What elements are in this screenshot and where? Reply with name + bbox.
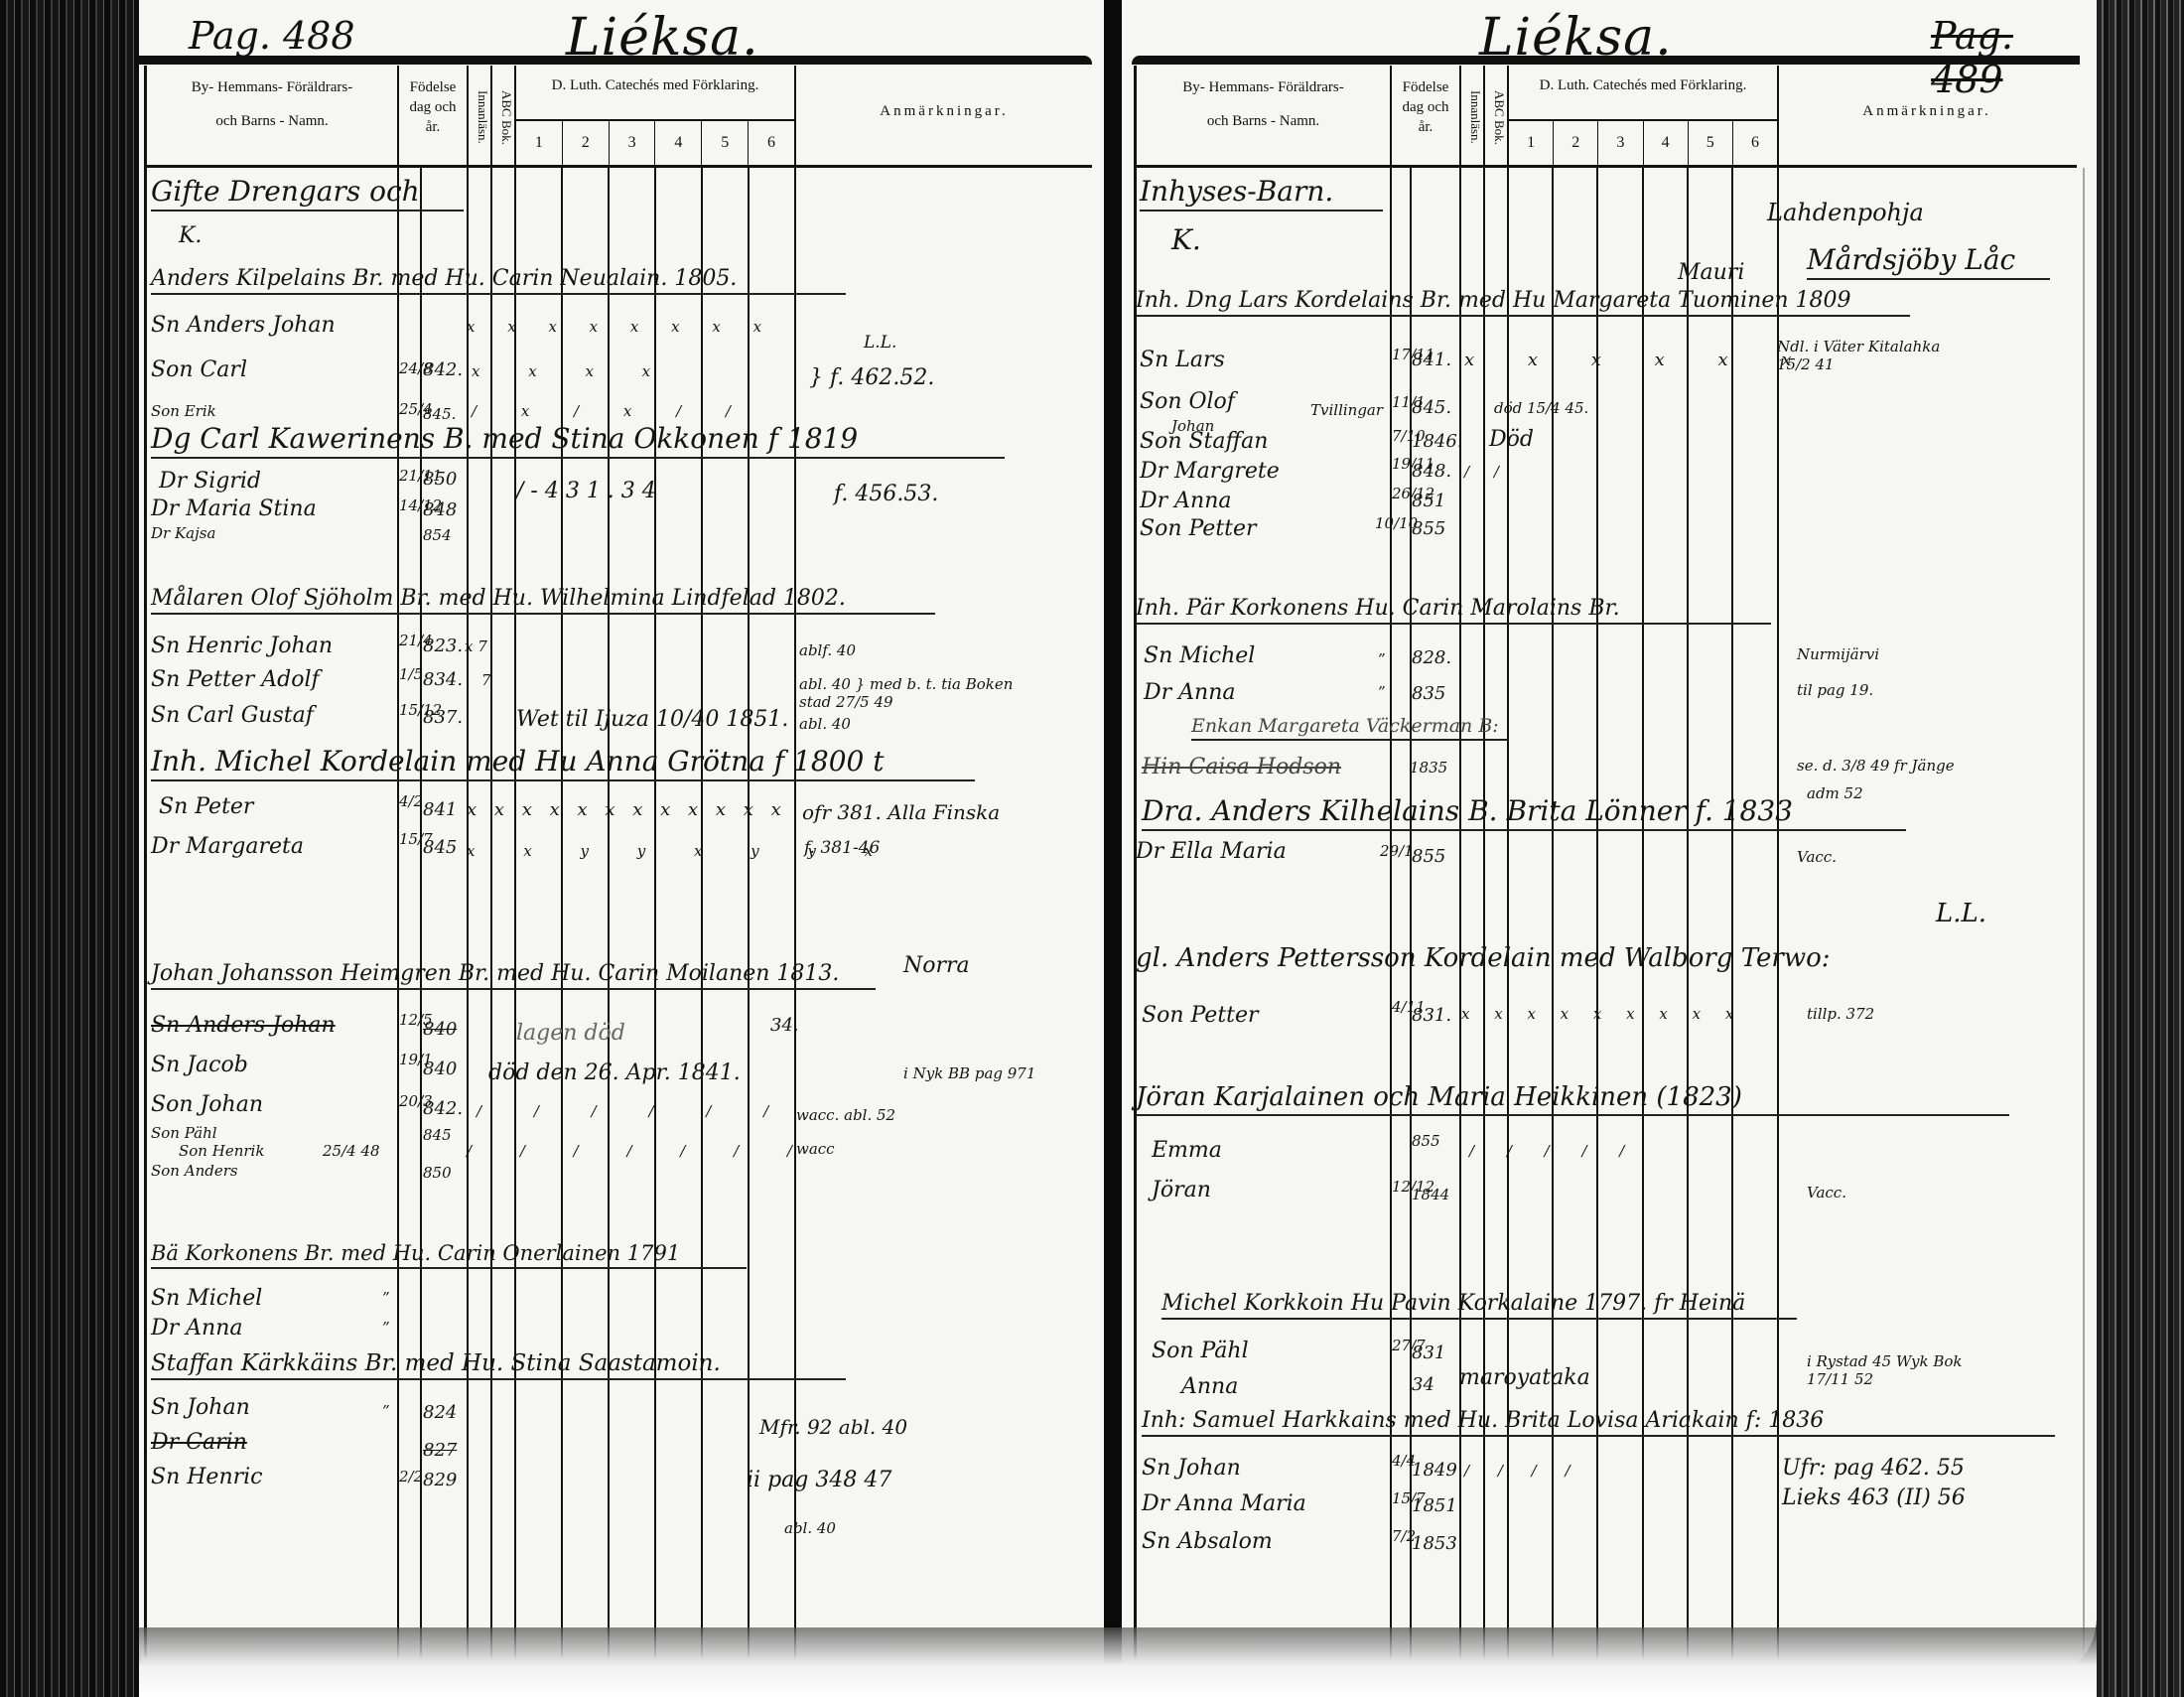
section-heading: Gifte Drengars och xyxy=(151,175,464,212)
family-heading: Anders Kilpelains Br. med Hu. Carin Neua… xyxy=(151,266,846,295)
person-name: Son Staffan xyxy=(1140,429,1268,454)
cat-col-3: 3 xyxy=(1597,121,1642,167)
birth-date: ” xyxy=(382,1319,390,1337)
header-rule xyxy=(1132,56,2080,65)
birth-year: 1846. xyxy=(1412,431,1463,452)
catechism-marks: / / / / / xyxy=(1469,1142,1638,1160)
person-name: Dr Kajsa xyxy=(151,524,215,542)
birth-header-line3: år. xyxy=(399,117,467,137)
remark: ofr 381. Alla Finska xyxy=(802,800,1000,824)
birth-year: 831. xyxy=(1412,1005,1451,1026)
catechism-title: D. Luth. Catechés med Förklaring. xyxy=(516,75,794,95)
cat-col-2: 2 xyxy=(1553,121,1597,167)
birth-year: 855 xyxy=(1412,846,1445,867)
remark: Nurmijärvi xyxy=(1797,645,1879,663)
remark: Ufr: pag 462. 55 Lieks 463 (II) 56 xyxy=(1782,1454,2000,1513)
abc-header: ABC Bok. xyxy=(1483,66,1507,165)
remark: Mfr. 92 abl. 40 xyxy=(759,1415,907,1439)
family-heading: Inh. Dng Lars Kordelains Br. med Hu Marg… xyxy=(1136,288,1910,317)
person-name: Son Olof xyxy=(1140,389,1235,414)
column-rule xyxy=(490,168,492,1657)
remark: f. 456.53. xyxy=(834,482,938,506)
person-name: Sn Henric xyxy=(151,1465,262,1489)
person-name: Dr Anna xyxy=(1140,489,1232,513)
birth-year: 824 xyxy=(423,1402,457,1423)
names-header-line1: By- Hemmans- Föräldrars- xyxy=(147,77,397,97)
catechism-title: D. Luth. Catechés med Förklaring. xyxy=(1509,75,1777,95)
family-heading: Staffan Kärkkäins Br. med Hu. Stina Saas… xyxy=(151,1350,846,1380)
catechism-marks: / / / / / / xyxy=(477,1102,792,1120)
remark: abl. 40 } med b. t. tia Boken stad 27/5 … xyxy=(799,675,1018,711)
birth-year: 831 xyxy=(1412,1343,1445,1363)
column-rule xyxy=(561,168,563,1657)
person-name: Dr Margareta xyxy=(151,834,304,859)
column-rule xyxy=(654,168,656,1657)
cat-col-4: 4 xyxy=(654,121,701,167)
person-name: Son Pähl xyxy=(1152,1339,1249,1363)
mark: K. xyxy=(179,223,202,248)
note: Död xyxy=(1489,427,1534,452)
remark: } f. 462.52. xyxy=(809,365,934,390)
birth-year: 1849 xyxy=(1412,1460,1457,1481)
cat-col-6: 6 xyxy=(748,121,794,167)
birth-header-line3: år. xyxy=(1392,117,1459,137)
cat-col-3: 3 xyxy=(609,121,655,167)
remark: tillp. 372 xyxy=(1807,1005,1874,1023)
catechism-marks: / / / / / / / xyxy=(467,1142,814,1160)
birth-date: 25/4 48 xyxy=(323,1142,380,1160)
birth-year: 855 xyxy=(1412,1132,1440,1150)
note: lagen död xyxy=(516,1021,625,1046)
cat-col-2: 2 xyxy=(562,121,609,167)
margin-note: abl. 40 xyxy=(784,1519,836,1537)
family-heading: Inh. Pär Korkonens Hu. Carin Marolains B… xyxy=(1136,596,1771,625)
cat-col-5: 5 xyxy=(701,121,748,167)
catechism-header: D. Luth. Catechés med Förklaring. 1 2 3 … xyxy=(514,66,794,165)
person-name: Sn Anders Johan xyxy=(151,313,336,338)
person-name: Sn Anders Johan xyxy=(151,1013,336,1038)
names-header: By- Hemmans- Föräldrars- och Barns - Nam… xyxy=(144,66,397,165)
cat-col-5: 5 xyxy=(1688,121,1732,167)
family-heading: Målaren Olof Sjöholm Br. med Hu. Wilhelm… xyxy=(151,586,935,615)
remark: f. 381-46 xyxy=(804,838,880,858)
birth-year: 850 xyxy=(423,469,457,490)
remark: se. d. 3/8 49 fr Jänge xyxy=(1797,757,1955,775)
birth-year: 848. xyxy=(1412,461,1451,482)
catechism-marks: 7 xyxy=(481,671,491,689)
column-rule xyxy=(701,168,703,1657)
remark: ii pag 348 47 xyxy=(747,1468,891,1492)
person-name: Sn Michel xyxy=(1144,643,1255,668)
catechism-numbers: 1 2 3 4 5 6 xyxy=(1509,119,1777,167)
person-name: Son Anders xyxy=(151,1162,238,1180)
margin-note: Norra xyxy=(903,953,970,978)
column-rule xyxy=(467,168,469,1657)
birth-year: 850 xyxy=(423,1164,452,1182)
remark: Vacc. xyxy=(1797,848,1837,866)
note: Wet til Ijuza 10/40 1851. xyxy=(516,707,788,732)
birth-header: Födelse dag och år. xyxy=(397,66,467,165)
birth-date: 4/2 xyxy=(399,792,423,810)
note: maroyataka xyxy=(1459,1365,1590,1390)
remark: til pag 19. xyxy=(1797,681,1873,699)
birth-year: 848 xyxy=(423,499,457,520)
person-name: Hin Caisa Hodson xyxy=(1142,755,1341,779)
page-number: Pag. 488 xyxy=(189,14,355,58)
person-name: Sn Lars xyxy=(1140,348,1225,372)
person-name: Dr Margrete xyxy=(1140,459,1280,484)
person-name: Dr Maria Stina xyxy=(151,496,317,521)
remark: abl. 40 xyxy=(799,715,851,733)
family-heading: Inh. Michel Kordelain med Hu Anna Grötna… xyxy=(151,745,975,781)
birth-year: 841 xyxy=(423,799,457,820)
birth-year: 855 xyxy=(1412,518,1445,539)
remark: 34. xyxy=(770,1015,799,1036)
person-name: Dr Anna xyxy=(1144,680,1236,705)
margin-note: Mauri xyxy=(1678,260,1744,285)
birth-year: 845. xyxy=(1412,397,1451,418)
birth-year: 845. xyxy=(423,405,456,423)
birth-year: 851 xyxy=(1412,491,1445,511)
birth-header: Födelse dag och år. xyxy=(1390,66,1459,165)
catechism-marks: x x x x x x x x xyxy=(467,318,775,336)
remark: ablf. 40 xyxy=(799,641,856,659)
person-name: Dr Ella Maria xyxy=(1136,839,1287,864)
column-rule xyxy=(1134,168,1137,1657)
family-heading: gl. Anders Pettersson Kordelain med Walb… xyxy=(1136,943,1831,973)
birth-year: 845 xyxy=(423,1126,452,1144)
person-name: Son Johan xyxy=(151,1092,263,1117)
left-page: Pag. 488 Liéksa. By- Hemmans- Föräldrars… xyxy=(139,0,1107,1678)
birth-year: 834. xyxy=(423,669,463,690)
catechism-marks: x x x x x x xyxy=(1464,350,1816,370)
remark: wacc xyxy=(796,1140,835,1158)
person-name: Sn Jacob xyxy=(151,1053,248,1077)
book-edge-right xyxy=(2097,0,2184,1697)
remark: i Nyk BB pag 971 xyxy=(903,1064,1035,1082)
catechism-marks: död 15/4 45. xyxy=(1494,399,1588,417)
birth-header-line2: dag och xyxy=(1392,97,1459,117)
person-name: Sn Peter xyxy=(159,794,253,819)
birth-header-line1: Födelse xyxy=(399,77,467,97)
birth-date: ” xyxy=(1378,650,1386,668)
birth-date: 1/5 xyxy=(399,665,423,683)
cat-col-1: 1 xyxy=(516,121,562,167)
birth-year: 828. xyxy=(1412,647,1451,668)
birth-year: 1835 xyxy=(1410,759,1447,777)
catechism-marks: x x x x x x x x x x x x xyxy=(467,799,787,820)
birth-year: 829 xyxy=(423,1470,457,1490)
cat-col-1: 1 xyxy=(1509,121,1553,167)
family-heading: Dg Carl Kawerinens B. med Stina Okkonen … xyxy=(151,422,1005,459)
birth-year: 835 xyxy=(1412,683,1445,704)
remarks-header: Anmärkningar. xyxy=(794,66,1092,165)
column-rule xyxy=(748,168,750,1657)
person-name: Sn Johan xyxy=(151,1395,250,1420)
family-heading: Enkan Margareta Väckerman B: xyxy=(1191,715,1509,741)
catechism-marks: / - 4 3 1 . 3 4 xyxy=(516,479,656,503)
catechism-marks: x 7 xyxy=(465,637,487,655)
birth-date: ” xyxy=(382,1402,390,1420)
person-name: Sn Michel xyxy=(151,1286,262,1311)
reading-header: Innanläsn. xyxy=(467,66,490,165)
birth-year: 1844 xyxy=(1412,1186,1449,1203)
cat-col-4: 4 xyxy=(1643,121,1688,167)
birth-year: 1853 xyxy=(1412,1533,1457,1554)
section-heading: Inhyses-Barn. xyxy=(1140,175,1383,212)
birth-year: 845 xyxy=(423,837,457,858)
birth-year: 842. xyxy=(423,1098,463,1119)
person-name: Sn Absalom xyxy=(1142,1529,1273,1554)
column-header: By- Hemmans- Föräldrars- och Barns - Nam… xyxy=(1122,66,2085,165)
person-name: Sn Henric Johan xyxy=(151,634,333,658)
margin-note: Mårdsjöby Låc xyxy=(1807,243,2050,280)
signature: L.L. xyxy=(864,333,896,353)
birth-year: 827 xyxy=(423,1440,457,1461)
catechism-numbers: 1 2 3 4 5 6 xyxy=(516,119,794,167)
note: död den 26. Apr. 1841. xyxy=(488,1061,741,1085)
catechism-marks: x x x x xyxy=(472,362,672,380)
family-heading: Johan Johansson Heimgren Br. med Hu. Car… xyxy=(151,961,876,990)
birth-year: 842. xyxy=(423,359,463,380)
birth-year: 840 xyxy=(423,1059,457,1079)
birth-date: 29/1 xyxy=(1380,842,1414,860)
birth-year: 841. xyxy=(1412,350,1451,370)
remark: wacc. abl. 52 xyxy=(796,1106,895,1124)
family-heading: Dra. Anders Kilhelains B. Brita Lönner f… xyxy=(1142,794,1906,831)
remark: Vacc. xyxy=(1807,1184,1846,1202)
birth-year: 854 xyxy=(423,526,452,544)
person-name: Son Henrik xyxy=(179,1142,264,1160)
names-header-line1: By- Hemmans- Föräldrars- xyxy=(1137,77,1390,97)
family-heading: Bä Korkonens Br. med Hu. Carin Onerlaine… xyxy=(151,1241,747,1269)
header-bottom-rule xyxy=(1134,165,2077,168)
person-name: Dr Anna Maria xyxy=(1142,1491,1306,1516)
person-name: Son Petter xyxy=(1142,1003,1259,1028)
right-page: Liéksa. Pag. 489 By- Hemmans- Föräldrars… xyxy=(1122,0,2097,1678)
column-rule xyxy=(514,168,516,1657)
column-rule xyxy=(397,168,399,1657)
signature: L.L. xyxy=(1936,899,1986,928)
page-bottom-shadow xyxy=(139,1627,2097,1697)
person-name: Dr Carin xyxy=(151,1430,247,1455)
catechism-marks: / / / / xyxy=(1464,1462,1582,1480)
person-name: Sn Petter Adolf xyxy=(151,667,320,692)
person-name: Emma xyxy=(1152,1138,1222,1163)
birth-date: ” xyxy=(382,1289,390,1307)
person-name: Son Erik xyxy=(151,402,216,420)
person-name: Son Petter xyxy=(1140,516,1257,541)
names-header-line2: och Barns - Namn. xyxy=(147,111,397,131)
catechism-marks: / x / x / / xyxy=(472,402,751,420)
birth-year: 1851 xyxy=(1412,1495,1457,1516)
person-name: Jöran xyxy=(1152,1178,1211,1202)
remark: i Rystad 45 Wyk Bok 17/11 52 xyxy=(1807,1352,2005,1388)
book-spine xyxy=(1104,0,1122,1697)
column-rule xyxy=(420,168,422,1657)
person-name: Dr Anna xyxy=(151,1316,243,1341)
catechism-header: D. Luth. Catechés med Förklaring. 1 2 3 … xyxy=(1507,66,1777,165)
person-name: Sn Johan xyxy=(1142,1456,1241,1481)
column-rule xyxy=(2083,168,2085,1657)
birth-date: 2/2 xyxy=(399,1468,423,1485)
names-header: By- Hemmans- Föräldrars- och Barns - Nam… xyxy=(1134,66,1390,165)
cat-col-6: 6 xyxy=(1732,121,1777,167)
header-rule xyxy=(139,56,1092,65)
column-header: By- Hemmans- Föräldrars- och Barns - Nam… xyxy=(139,66,1092,165)
remarks-header: Anmärkningar. xyxy=(1777,66,2075,165)
family-heading: Jöran Karjalainen och Maria Heikkinen (1… xyxy=(1136,1082,2009,1116)
abc-header: ABC Bok. xyxy=(490,66,514,165)
header-bottom-rule xyxy=(144,165,1092,168)
twins-note: Tvillingar xyxy=(1310,401,1383,419)
person-name: Sn Carl Gustaf xyxy=(151,703,314,728)
mark: K. xyxy=(1171,223,1201,256)
birth-year: 34 xyxy=(1412,1374,1434,1395)
person-name: Dr Sigrid xyxy=(159,469,261,494)
catechism-marks: / / xyxy=(1464,463,1509,481)
reading-header: Innanläsn. xyxy=(1459,66,1483,165)
birth-year: 823. xyxy=(423,636,463,656)
family-heading: Inh: Samuel Harkkains med Hu. Brita Lovi… xyxy=(1142,1408,2055,1437)
birth-header-line2: dag och xyxy=(399,97,467,117)
column-rule xyxy=(144,168,147,1657)
birth-year: 840 xyxy=(423,1019,457,1040)
birth-date: ” xyxy=(1378,683,1386,701)
birth-year: 837. xyxy=(423,707,463,728)
remark: adm 52 xyxy=(1807,784,1863,802)
catechism-marks: x x x x x x x x x xyxy=(1461,1005,1743,1023)
birth-header-line1: Födelse xyxy=(1392,77,1459,97)
person-name: Anna xyxy=(1181,1374,1238,1399)
family-heading: Michel Korkkoin Hu Pavin Korkalaine 1797… xyxy=(1161,1291,1797,1320)
column-rule xyxy=(608,168,610,1657)
names-header-line2: och Barns - Namn. xyxy=(1137,111,1390,131)
book-edge-left xyxy=(0,0,139,1697)
remark: Ndl. i Väter Kitalahka 15/2 41 xyxy=(1777,338,1956,373)
margin-note: Lahdenpohja xyxy=(1767,199,1924,226)
person-name: Son Carl xyxy=(151,357,247,382)
person-name: Son Pähl xyxy=(151,1124,217,1142)
